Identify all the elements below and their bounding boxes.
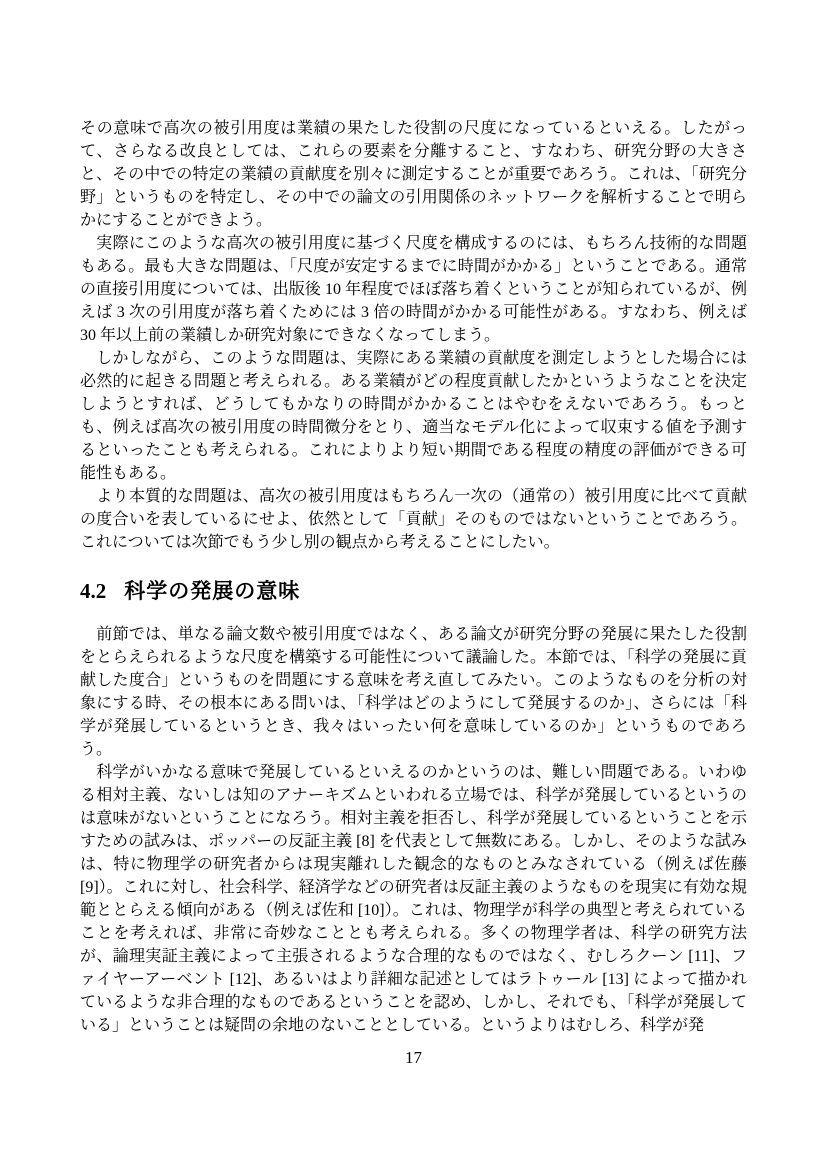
page-number: 17 — [405, 1048, 422, 1067]
page-footer: 17 — [80, 1048, 747, 1068]
paragraph: 科学がいかなる意味で発展しているといえるのかというのは、難しい問題である。いわゆ… — [80, 761, 747, 1037]
paragraph-continuation: その意味で高次の被引用度は業績の果たした役割の尺度になっているといえる。したがっ… — [80, 117, 747, 232]
section-heading: 4.2科学の発展の意味 — [80, 577, 747, 606]
section-number: 4.2 — [80, 579, 106, 603]
paragraph: しかしながら、このような問題は、実際にある業績の貢献度を測定しようとした場合には… — [80, 347, 747, 485]
paragraph: より本質的な問題は、高次の被引用度はもちろん一次の（通常の）被引用度に比べて貢献… — [80, 485, 747, 554]
section-title: 科学の発展の意味 — [124, 580, 300, 603]
document-page: その意味で高次の被引用度は業績の果たした役割の尺度になっているといえる。したがっ… — [0, 0, 827, 1170]
paragraph: 前節では、単なる論文数や被引用度ではなく、ある論文が研究分野の発展に果たした役割… — [80, 623, 747, 761]
paragraph: 実際にこのような高次の被引用度に基づく尺度を構成するのには、もちろん技術的な問題… — [80, 232, 747, 347]
page-body: その意味で高次の被引用度は業績の果たした役割の尺度になっているといえる。したがっ… — [80, 117, 747, 1037]
